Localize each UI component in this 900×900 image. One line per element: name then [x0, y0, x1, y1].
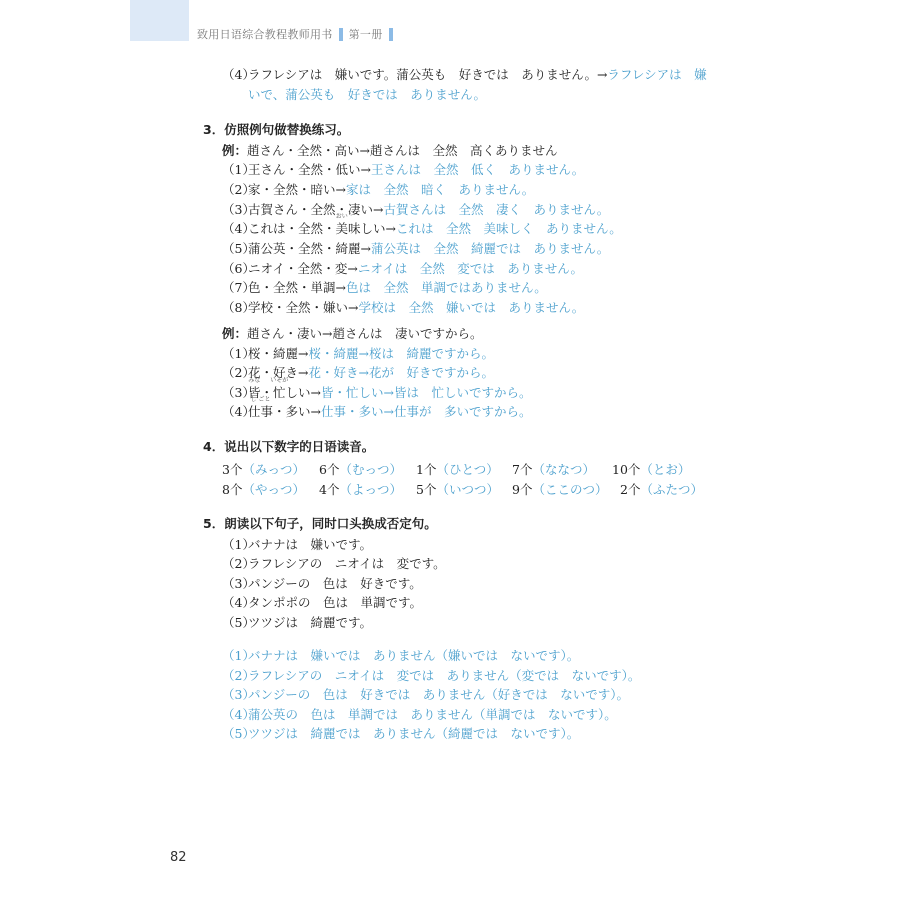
section-3-item-3: （3）古賀さん・全然・凄い→古賀さんは 全然 凄く ありません。 — [222, 202, 609, 218]
count-cell: 3个（みっつ） — [222, 460, 305, 478]
text-span: （むっつ） — [339, 462, 402, 477]
text-span: 学校・全然・嫌い→ — [248, 300, 358, 315]
text-span: 蒲公英は 全然 綺麗では ありません。 — [371, 241, 609, 256]
count-cell: 2个（ふたつ） — [620, 480, 703, 498]
count-cell: 6个（むっつ） — [319, 460, 402, 478]
section-3-part2-item-1: （1）桜・綺麗→桜・綺麗→桜は 綺麗ですから。 — [222, 346, 494, 362]
text-span: （3） — [222, 202, 248, 218]
section-5-title: 5．朗读以下句子，同时口头换成否定句。 — [203, 514, 437, 532]
count-cell: 5个（いつつ） — [416, 480, 499, 498]
text-span: （4） — [222, 221, 248, 237]
text-span: （1） — [222, 162, 248, 178]
text-span: （7） — [222, 280, 248, 296]
text-span: （やっつ） — [242, 482, 305, 497]
section-5-answer-2: （2）ラフレシアの ニオイは 変では ありません（変では ないです）。 — [222, 668, 640, 684]
section-3-example-2: 例：趙さん・凄い→趙さんは 凄いですから。 — [222, 326, 483, 342]
count-cell: 1个（ひとつ） — [416, 460, 499, 478]
count-cell: 8个（やっつ） — [222, 480, 305, 498]
text-span: 仕事 — [248, 404, 273, 419]
text-span: （4） — [222, 707, 248, 723]
text-span: 古賀さんは 全然 凄く ありません。 — [383, 202, 609, 217]
text-span: （1） — [222, 346, 248, 362]
text-span: 古賀さん・全然・凄い→ — [248, 202, 383, 217]
text-span: 家・全然・暗い→ — [248, 182, 346, 197]
count-cell: 10个（とお） — [612, 460, 690, 478]
section-5-question-3: （3）パンジーの 色は 好きです。 — [222, 576, 422, 592]
count-cell: 9个（ここのつ） — [512, 480, 607, 498]
section-3-part2-item-2: （2）花・好き→花・好き→花が 好きですから。 — [222, 365, 494, 381]
section-5-answer-3: （3）パンジーの 色は 好きでは ありません（好きでは ないです）。 — [222, 687, 629, 703]
count-cell: 7个（ななつ） — [512, 460, 595, 478]
text-span: バナナは 嫌いです。 — [248, 537, 372, 552]
text-span: し ごと — [251, 396, 271, 404]
header-end-bar — [389, 28, 393, 41]
section-3-title: 3．仿照例句做替换练习。 — [203, 120, 349, 138]
section-5-answer-4: （4）蒲公英の 色は 単調では ありません（単調では ないです）。 — [222, 707, 617, 723]
text-span: （4） — [222, 595, 248, 611]
text-span: おい — [336, 213, 348, 221]
count-cell: 4个（よっつ） — [319, 480, 402, 498]
text-span: （ななつ） — [532, 462, 595, 477]
text-span: これは 全然 美味しく ありません。 — [396, 221, 622, 236]
section-3-example-1: 例：趙さん・全然・高い→趙さんは 全然 高くありません — [222, 143, 558, 159]
text-span: ツツジは 綺麗では ありません（綺麗では ないです）。 — [248, 726, 579, 741]
text-span: 8个 — [222, 482, 242, 497]
text-span: （ここのつ） — [532, 482, 607, 497]
text-span: （2） — [222, 365, 248, 381]
text-span: ラフレシアの ニオイは 変です。 — [248, 556, 446, 571]
text-span: 7个 — [512, 462, 532, 477]
text-span: 2个 — [620, 482, 640, 497]
text-span: ラフレシアの ニオイは 変では ありません（変では ないです）。 — [248, 668, 640, 683]
text-span: 美 — [336, 221, 349, 236]
header-divider-bar — [339, 28, 343, 41]
text-span: 9个 — [512, 482, 532, 497]
text-span: （いつつ） — [436, 482, 499, 497]
text-span: （2） — [222, 556, 248, 572]
section-3-item-4: （4）これは・全然・美おい味しい→これは 全然 美味しく ありません。 — [222, 221, 622, 237]
text-span: （6） — [222, 261, 248, 277]
text-span: （5） — [222, 726, 248, 742]
text-span: （ひとつ） — [436, 462, 498, 477]
text-span: 趙さん・全然・高い→趙さんは 全然 高くありません — [247, 143, 557, 158]
text-span: 蒲公英・全然・綺麗→ — [248, 241, 371, 256]
text-span: しい→ — [286, 385, 321, 400]
section-3-item-2: （2）家・全然・暗い→家は 全然 暗く ありません。 — [222, 182, 534, 198]
section-5-question-5: （5）ツツジは 綺麗です。 — [222, 615, 372, 631]
text-span: ツツジは 綺麗です。 — [248, 615, 372, 630]
text-span: 4个 — [319, 482, 339, 497]
text-span: いそが — [270, 377, 288, 385]
text-span: 5个 — [416, 482, 436, 497]
text-span: ラフレシアは 嫌いです。蒲公英も 好きでは ありません。→ — [248, 67, 607, 82]
section-3-part2-item-4: （4）仕事し ごと・多い→仕事・多い→仕事が 多いですから。 — [222, 404, 531, 420]
header-corner-block — [130, 0, 189, 41]
text-span: これは・全然・ — [248, 221, 336, 236]
text-span: 趙さん・凄い→趙さんは 凄いですから。 — [247, 326, 482, 341]
text-span: バナナは 嫌いでは ありません（嫌いでは ないです）。 — [248, 648, 579, 663]
text-span: （とお） — [640, 462, 690, 477]
text-span: 花・好き→花が 好きですから。 — [308, 365, 493, 380]
section-5-answer-5: （5）ツツジは 綺麗では ありません（綺麗では ないです）。 — [222, 726, 579, 742]
ruby-annotation: 仕事し ごと — [248, 404, 273, 420]
text-span: 色・全然・単調→ — [248, 280, 346, 295]
text-span: （1） — [222, 648, 248, 664]
text-span: ・多い→ — [273, 404, 321, 419]
text-span: （4） — [222, 67, 248, 83]
text-span: 1个 — [416, 462, 436, 477]
text-span: 10个 — [612, 462, 640, 477]
text-span: （4） — [222, 404, 248, 420]
text-span: （2） — [222, 182, 248, 198]
book-title: 致用日语综合教程教师用书 — [197, 26, 333, 42]
running-header: 致用日语综合教程教师用书 第一册 — [197, 26, 399, 42]
section-4-title: 4．说出以下数字的日语读音。 — [203, 437, 374, 455]
text-span: パンジーの 色は 好きでは ありません（好きでは ないです）。 — [248, 687, 629, 702]
text-span: 皆・忙しい→皆は 忙しいですから。 — [321, 385, 531, 400]
section-5-answer-1: （1）バナナは 嫌いでは ありません（嫌いでは ないです）。 — [222, 648, 579, 664]
text-span: （3） — [222, 687, 248, 703]
text-span: 忙 — [273, 385, 286, 400]
text-span: 仕事・多い→仕事が 多いですから。 — [321, 404, 531, 419]
section-5-question-2: （2）ラフレシアの ニオイは 変です。 — [222, 556, 446, 572]
carryover-line-2: いで、蒲公英も 好きでは ありません。 — [248, 87, 486, 103]
text-span: 例： — [222, 143, 247, 158]
ruby-annotation: 美おい — [336, 221, 349, 237]
text-span: （8） — [222, 300, 248, 316]
text-span: （3） — [222, 385, 248, 401]
text-span: ニオイ・全然・変→ — [248, 261, 358, 276]
text-span: （2） — [222, 668, 248, 684]
text-span: ニオイは 全然 変では ありません。 — [358, 261, 583, 276]
text-span: 家は 全然 暗く ありません。 — [346, 182, 534, 197]
text-span: 王さんは 全然 低く ありません。 — [371, 162, 584, 177]
text-span: （よっつ） — [339, 482, 402, 497]
text-span: パンジーの 色は 好きです。 — [248, 576, 422, 591]
text-span: 6个 — [319, 462, 339, 477]
text-span: 例： — [222, 326, 247, 341]
text-span: みな — [248, 377, 260, 385]
text-span: 味しい→ — [348, 221, 396, 236]
text-span: 王さん・全然・低い→ — [248, 162, 371, 177]
text-span: （5） — [222, 241, 248, 257]
section-3-item-5: （5）蒲公英・全然・綺麗→蒲公英は 全然 綺麗では ありません。 — [222, 241, 609, 257]
section-3-item-1: （1）王さん・全然・低い→王さんは 全然 低く ありません。 — [222, 162, 584, 178]
text-span: （1） — [222, 537, 248, 553]
ruby-annotation: 忙いそが — [273, 385, 286, 401]
section-3-item-8: （8）学校・全然・嫌い→学校は 全然 嫌いでは ありません。 — [222, 300, 584, 316]
text-span: （みっつ） — [242, 462, 305, 477]
text-span: 桜・綺麗→桜は 綺麗ですから。 — [308, 346, 493, 361]
section-5-question-4: （4）タンポポの 色は 単調です。 — [222, 595, 422, 611]
section-3-item-6: （6）ニオイ・全然・変→ニオイは 全然 変では ありません。 — [222, 261, 583, 277]
text-span: （3） — [222, 576, 248, 592]
section-3-item-7: （7）色・全然・単調→色は 全然 単調ではありません。 — [222, 280, 547, 296]
text-span: 色は 全然 単調ではありません。 — [346, 280, 547, 295]
text-span: （ふたつ） — [640, 482, 703, 497]
text-span: 蒲公英の 色は 単調では ありません（単調では ないです）。 — [248, 707, 617, 722]
page-number: 82 — [170, 850, 187, 865]
carryover-line-1: （4）ラフレシアは 嫌いです。蒲公英も 好きでは ありません。→ラフレシアは 嫌 — [222, 67, 707, 83]
text-span: タンポポの 色は 単調です。 — [248, 595, 422, 610]
text-span: 3个 — [222, 462, 242, 477]
text-span: 学校は 全然 嫌いでは ありません。 — [358, 300, 584, 315]
text-span: 桜・綺麗→ — [248, 346, 308, 361]
volume-label: 第一册 — [349, 26, 383, 42]
text-span: ラフレシアは 嫌 — [607, 67, 706, 82]
text-span: （5） — [222, 615, 248, 631]
section-5-question-1: （1）バナナは 嫌いです。 — [222, 537, 372, 553]
